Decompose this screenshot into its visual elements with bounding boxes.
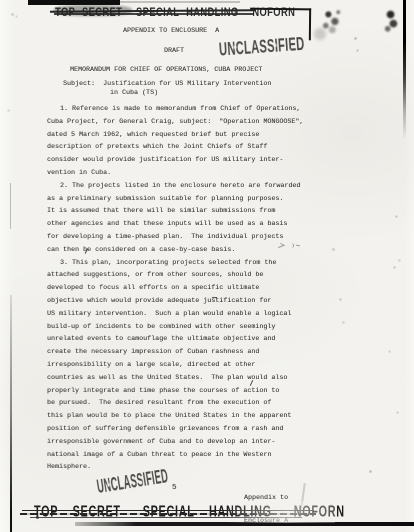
scan-noise-speckles (0, 0, 1, 1)
text-line: Hemisphere. (47, 461, 303, 474)
scanned-document-page: TOP SECRET SPECIAL HANDLING NOFORN APPEN… (0, 0, 414, 532)
ink-smudge (54, 5, 132, 16)
text-line: attached suggestions, or from other sour… (47, 269, 303, 282)
text-line: description of pretexts which the Joint … (47, 141, 303, 154)
scan-fold-line-left (10, 295, 12, 532)
text-line: for developing a time-phased plan. The i… (47, 231, 303, 244)
scan-fold-line-right (403, 0, 406, 140)
draft-label: DRAFT (164, 47, 184, 54)
strikethrough-line (30, 517, 302, 519)
scan-edge-bar-top (28, 0, 120, 5)
page-number: 5 (172, 484, 177, 492)
appendix-note-line-1: Appendix to (244, 493, 288, 502)
strikethrough-line (22, 510, 314, 512)
paragraph-2: 2. The projects listed in the enclosure … (47, 180, 303, 257)
text-line: vention in Cuba. (47, 167, 303, 180)
text-line: 1. Reference is made to memorandum from … (47, 103, 303, 116)
ink-smudge (310, 26, 330, 42)
text-line: developed to focus all efforts on a spec… (47, 282, 303, 295)
text-line: build-up of incidents to be combined wit… (47, 321, 303, 334)
text-line: Cuba Project, for General Craig, subject… (47, 116, 303, 129)
text-line: dated 5 March 1962, which requested brie… (47, 129, 303, 142)
text-line: other agencies and that these inputs wil… (47, 218, 303, 231)
scan-fold-line-left-upper (10, 183, 11, 229)
paragraph-1: 1. Reference is made to memorandum from … (47, 103, 303, 180)
pencil-scribble (289, 243, 294, 248)
strikethrough-line (20, 513, 316, 515)
text-line: create the necessary impression of Cuban… (47, 346, 303, 359)
text-line: 2. The projects listed in the enclosure … (47, 180, 303, 193)
text-line: 3. This plan, incorporating projects sel… (47, 257, 303, 270)
text-line: irresponsibility on a large scale, direc… (47, 359, 303, 372)
memo-title: MEMORANDUM FOR CHIEF OF OPERATIONS, CUBA… (70, 66, 262, 73)
text-line: properly integrate and time phase the co… (47, 385, 303, 398)
ink-smudge (382, 8, 401, 34)
text-line: position of suffering defensible grievan… (47, 423, 303, 436)
pencil-dash (212, 297, 217, 298)
unclassified-stamp-top: UNCLASSIFIED (218, 32, 305, 60)
text-line: as a preliminary submission suitable for… (47, 193, 303, 206)
subject-line-1: Subject: Justification for US Military I… (63, 80, 271, 87)
text-line: It is assumed that there will be similar… (47, 205, 303, 218)
text-line: be pursued. The desired resultant from t… (47, 397, 303, 410)
text-line: US military intervention. Such a plan wo… (47, 308, 303, 321)
text-line: irresponsible government of Cuba and to … (47, 436, 303, 449)
memo-body: 1. Reference is made to memorandum from … (47, 103, 303, 474)
appendix-header: APPENDIX TO ENCLOSURE A (123, 27, 219, 34)
text-line: national image of a Cuban threat to peac… (47, 449, 303, 462)
text-line: countries as well as the United States. … (47, 372, 303, 385)
text-line: consider would provide justification for… (47, 154, 303, 167)
text-line: this plan would be to place the United S… (47, 410, 303, 423)
text-line: unrelated events to camouflage the ultim… (47, 333, 303, 346)
paragraph-3: 3. This plan, incorporating projects sel… (47, 257, 303, 475)
scan-edge-streak-top (120, 1, 240, 3)
text-line: objective which would provide adequate j… (47, 295, 303, 308)
subject-line-2: in Cuba (TS) (110, 89, 158, 96)
